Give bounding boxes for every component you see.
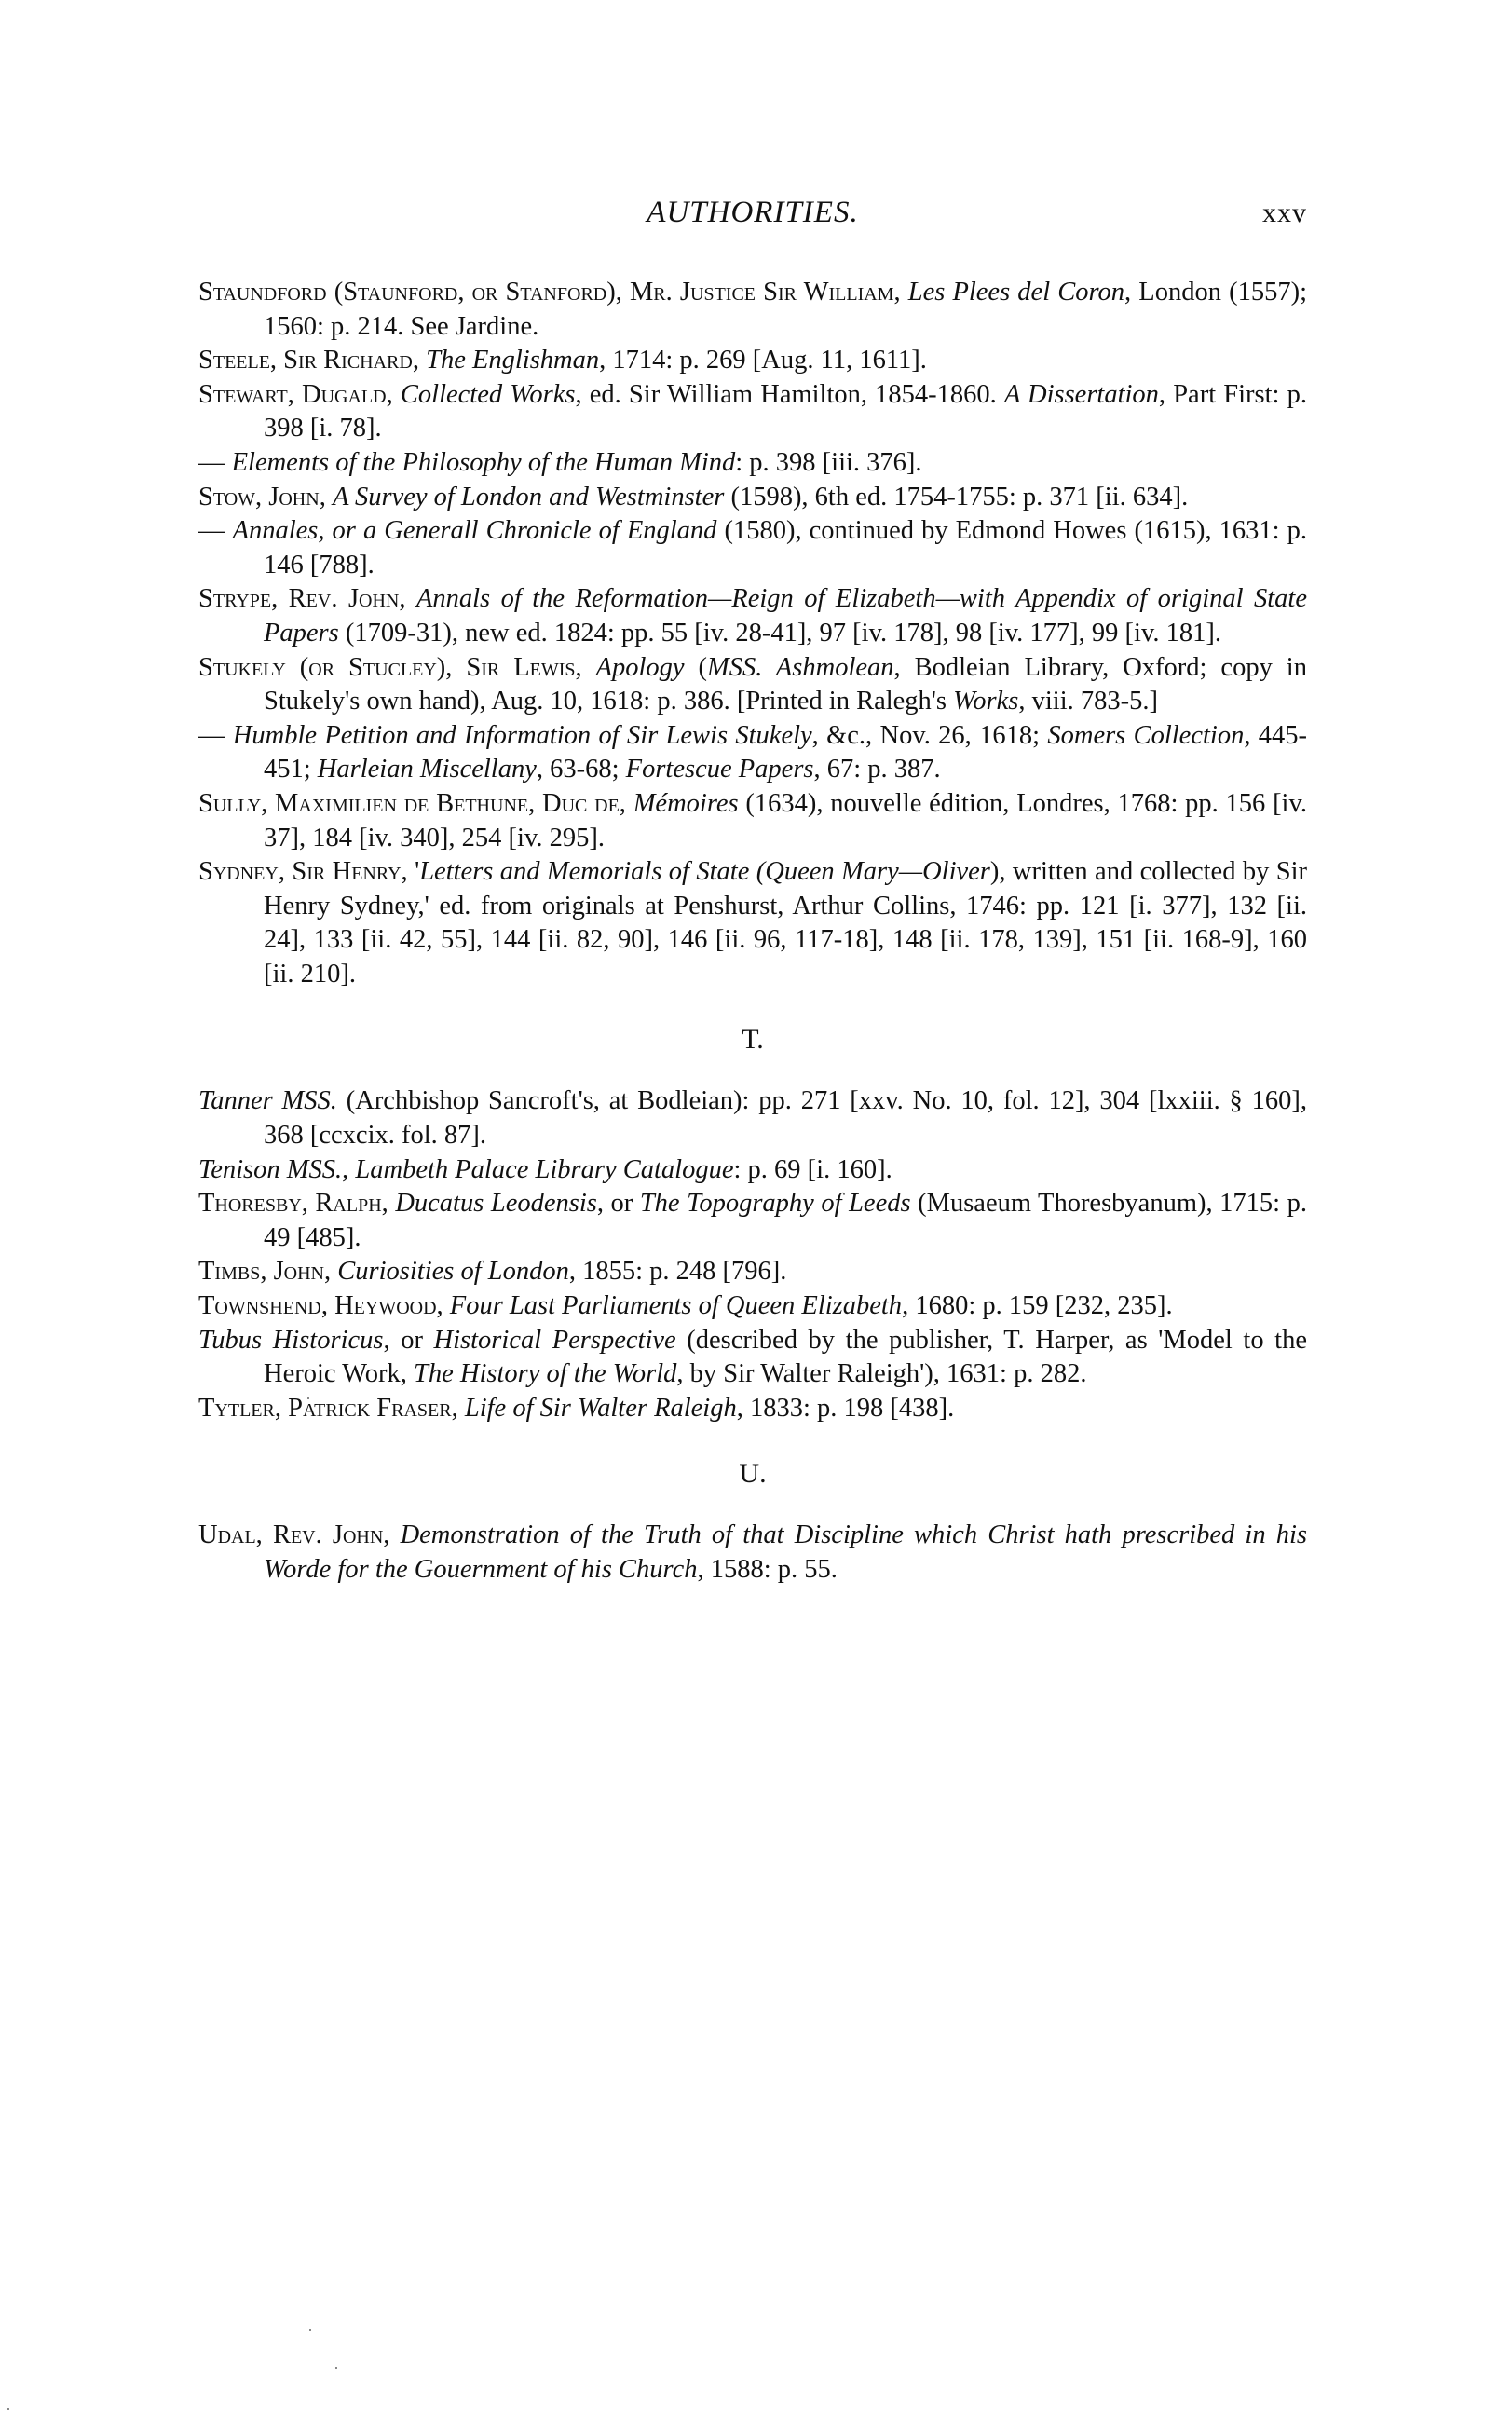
entry-title-italic: Humble Petition and Information of Sir L…	[233, 721, 812, 750]
scan-speck	[335, 2367, 337, 2369]
bibliography-entry: — Annales, or a Generall Chronicle of En…	[198, 514, 1307, 582]
entry-author: Stewart, Dugald,	[198, 380, 401, 409]
entry-title-italic: Fortescue Papers	[626, 755, 814, 784]
entry-title-italic: Letters and Memorials of State (Queen Ma…	[419, 857, 990, 886]
bibliography-entry: — Elements of the Philosophy of the Huma…	[198, 446, 1307, 481]
entry-author: Stukely (or Stucley), Sir Lewis,	[198, 653, 596, 682]
entry-title-italic: Apology	[596, 653, 685, 682]
entry-text: , by Sir Walter Raleigh'), 1631: p. 282.	[676, 1359, 1086, 1388]
bibliography-entry: Stow, John, A Survey of London and Westm…	[198, 481, 1307, 515]
entry-author: Stow, John,	[198, 483, 333, 511]
entry-text: , 1714: p. 269 [Aug. 11, 1611].	[599, 346, 927, 375]
section-letter-heading: U.	[198, 1457, 1307, 1491]
entry-title-italic: The History of the World	[414, 1359, 676, 1388]
entry-title-italic: Annales, or a Generall Chronicle of Engl…	[233, 516, 717, 545]
bibliography-entry: Thoresby, Ralph, Ducatus Leodensis, or T…	[198, 1187, 1307, 1255]
entry-author: Thoresby, Ralph,	[198, 1189, 395, 1218]
entry-author: Sully, Maximilien de Bethune, Duc de,	[198, 789, 633, 818]
entry-text: —	[198, 448, 232, 477]
entry-text: —	[198, 721, 233, 750]
entry-text: , 1588: p. 55.	[697, 1555, 837, 1584]
page-number: xxv	[1262, 198, 1307, 229]
bibliography-entry: Udal, Rev. John, Demonstration of the Tr…	[198, 1519, 1307, 1587]
entry-author: Townshend, Heywood,	[198, 1291, 450, 1320]
entry-text: , 67: p. 387.	[814, 755, 941, 784]
bibliography-entry: Timbs, John, Curiosities of London, 1855…	[198, 1255, 1307, 1289]
entry-title-italic: Les Plees del Coron	[908, 278, 1124, 307]
entry-author: Sydney, Sir Henry,	[198, 857, 415, 886]
entry-title-italic: The Topography of Leeds	[640, 1189, 911, 1218]
entry-title-italic: Elements of the Philosophy of the Human …	[232, 448, 736, 477]
scan-speck	[7, 2408, 9, 2410]
entry-author: Strype, Rev. John,	[198, 584, 416, 613]
entry-author: Steele, Sir Richard,	[198, 346, 426, 375]
entry-text: : p. 398 [iii. 376].	[735, 448, 921, 477]
entry-title-italic: A Survey of London and Westminster	[333, 483, 724, 511]
entry-text: , or	[597, 1189, 640, 1218]
entry-author: Udal, Rev. John,	[198, 1520, 401, 1549]
entry-text: (Archbishop Sancroft's, at Bodleian): pp…	[264, 1086, 1307, 1150]
entry-text: , viii. 783-5.]	[1018, 687, 1158, 716]
bibliography-entry: Stewart, Dugald, Collected Works, ed. Si…	[198, 378, 1307, 446]
entry-text: (1709-31), new ed. 1824: pp. 55 [iv. 28-…	[339, 619, 1221, 648]
entry-title-italic: Harleian Miscellany	[318, 755, 537, 784]
entry-title-italic: Ducatus Leodensis	[395, 1189, 597, 1218]
entry-author: Timbs, John,	[198, 1257, 337, 1286]
bibliography-entry: — Humble Petition and Information of Sir…	[198, 719, 1307, 787]
bibliography-entry: Stukely (or Stucley), Sir Lewis, Apology…	[198, 651, 1307, 719]
entry-text: , 1855: p. 248 [796].	[569, 1257, 787, 1286]
bibliography-entry: Tytler, Patrick Fraser, Life of Sir Walt…	[198, 1392, 1307, 1426]
bibliography-entry: Sydney, Sir Henry, 'Letters and Memorial…	[198, 855, 1307, 991]
entry-title-italic: Tubus Historicus	[198, 1326, 383, 1355]
entry-title-italic: A Dissertation	[1004, 380, 1159, 409]
entry-text: (1598), 6th ed. 1754-1755: p. 371 [ii. 6…	[724, 483, 1188, 511]
entry-text: , 63-68;	[537, 755, 626, 784]
entry-author: Tytler, Patrick Fraser,	[198, 1394, 465, 1423]
entry-title-italic: Curiosities of London	[337, 1257, 569, 1286]
bibliography-entry: Townshend, Heywood, Four Last Parliament…	[198, 1289, 1307, 1324]
bibliography-entry: Tubus Historicus, or Historical Perspect…	[198, 1324, 1307, 1392]
entry-title-italic: Lambeth Palace Library Catalogue	[355, 1155, 733, 1184]
bibliography-list: Staundford (Staunford, or Stanford), Mr.…	[198, 276, 1307, 1588]
entry-title-italic: Tanner MSS.	[198, 1086, 337, 1115]
running-head: AUTHORITIES. xxv	[198, 196, 1307, 233]
entry-title-italic: Historical Perspective	[434, 1326, 676, 1355]
entry-title-italic: MSS. Ashmolean	[707, 653, 893, 682]
entry-text: , ed. Sir William Hamilton, 1854-1860.	[575, 380, 1003, 409]
entry-text: : p. 69 [i. 160].	[734, 1155, 892, 1184]
entry-text: , 1833: p. 198 [438].	[737, 1394, 955, 1423]
bibliography-entry: Strype, Rev. John, Annals of the Reforma…	[198, 582, 1307, 650]
entry-title-italic: Mémoires	[633, 789, 739, 818]
entry-text: ,	[342, 1155, 355, 1184]
entry-title-italic: Somers Collection	[1047, 721, 1244, 750]
bibliography-entry: Steele, Sir Richard, The Englishman, 171…	[198, 344, 1307, 378]
scan-speck	[309, 2329, 311, 2331]
entry-text: , &c., Nov. 26, 1618;	[812, 721, 1048, 750]
entry-text: (	[685, 653, 707, 682]
bibliography-entry: Tenison MSS., Lambeth Palace Library Cat…	[198, 1153, 1307, 1188]
entry-text: —	[198, 516, 233, 545]
page-title: AUTHORITIES.	[198, 196, 1307, 230]
entry-title-italic: Four Last Parliaments of Queen Elizabeth	[450, 1291, 902, 1320]
entry-text: , or	[383, 1326, 433, 1355]
section-letter-heading: T.	[198, 1023, 1307, 1057]
entry-author: Staundford (Staunford, or Stanford), Mr.…	[198, 278, 908, 307]
entry-title-italic: Works	[953, 687, 1018, 716]
entry-title-italic: Collected Works	[401, 380, 576, 409]
entry-text: , 1680: p. 159 [232, 235].	[902, 1291, 1173, 1320]
bibliography-entry: Staundford (Staunford, or Stanford), Mr.…	[198, 276, 1307, 344]
scan-speck	[307, 1397, 309, 1399]
bibliography-entry: Sully, Maximilien de Bethune, Duc de, Mé…	[198, 787, 1307, 855]
entry-title-italic: Life of Sir Walter Raleigh	[465, 1394, 737, 1423]
entry-title-italic: The Englishman	[426, 346, 599, 375]
entry-title-italic: Tenison MSS.	[198, 1155, 342, 1184]
bibliography-entry: Tanner MSS. (Archbishop Sancroft's, at B…	[198, 1084, 1307, 1152]
